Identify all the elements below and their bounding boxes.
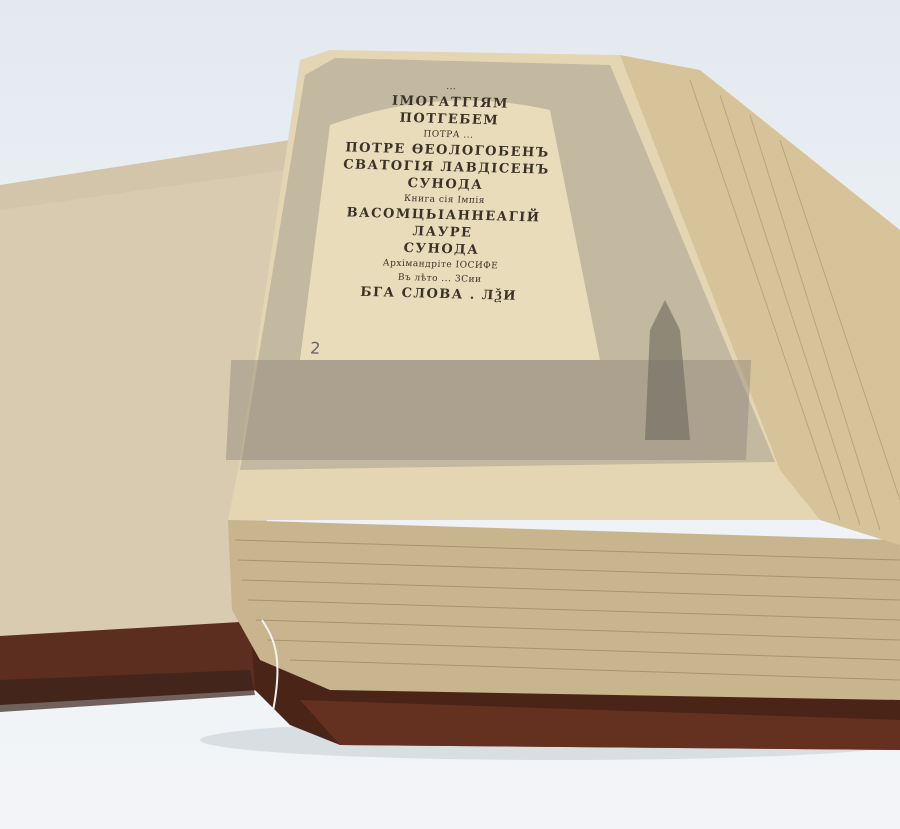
handwritten-number: 2 [310, 339, 321, 358]
title-page-text: ... ІМОГАТГІЯМ ПОТГЕБЕМ ПОТРА ... ПОТРЕ … [303, 77, 587, 307]
